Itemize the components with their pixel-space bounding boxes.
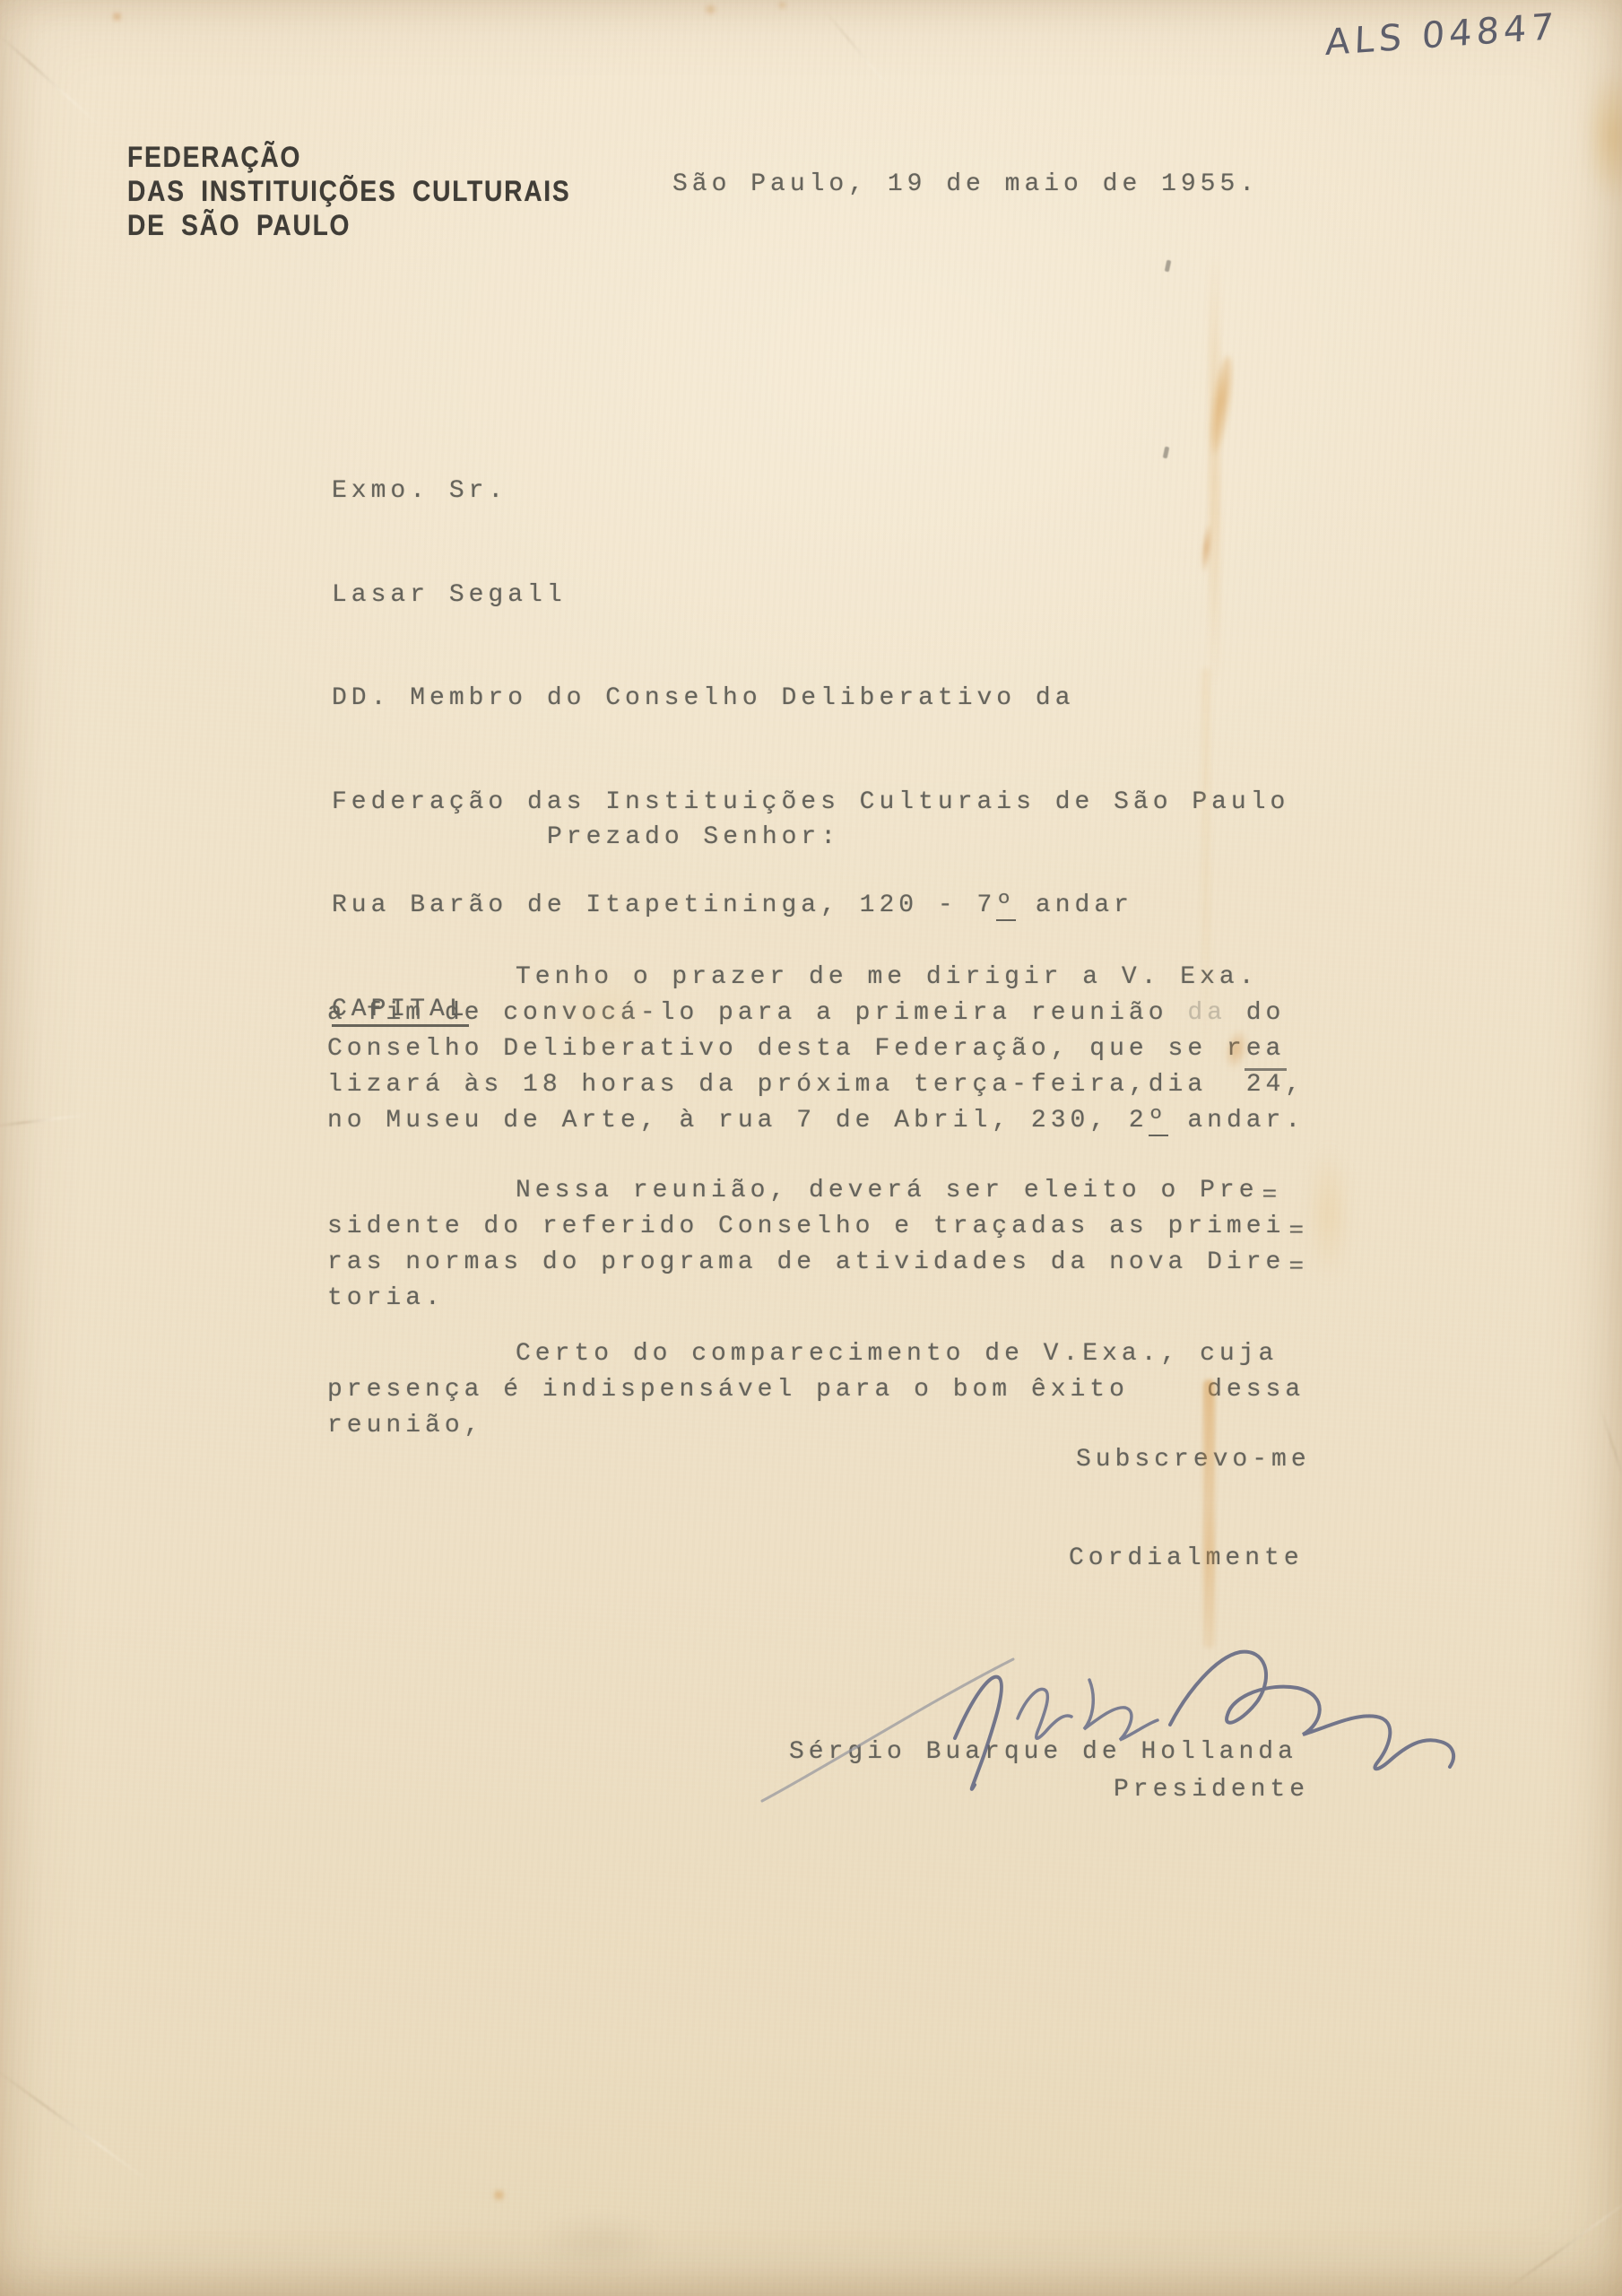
body-line: Nessa reunião, deverá ser eleito o Pre= xyxy=(327,1173,1304,1209)
letter-scan-page: ALS 04847 FEDERAÇÃO DAS INSTITUIÇÕES CUL… xyxy=(0,0,1622,2296)
stain-spot xyxy=(1307,1144,1350,1281)
hyphenation-mark: = xyxy=(1288,1251,1304,1283)
salutation: Prezado Senhor: xyxy=(547,823,840,851)
stain-dot xyxy=(111,11,123,22)
recipient-line: Rua Barão de Itapetininga, 120 - 7º anda… xyxy=(332,889,1289,924)
stain-dot xyxy=(776,0,788,10)
ink-speck xyxy=(1165,260,1172,273)
ordinal-indicator: º xyxy=(996,891,1016,921)
body-line: Certo do comparecimento de V.Exa., cuja xyxy=(327,1336,1305,1372)
body-line: no Museu de Arte, à rua 7 de Abril, 230,… xyxy=(327,1103,1305,1139)
handwritten-signature xyxy=(749,1631,1493,1810)
hyphenation-mark: = xyxy=(1288,1215,1304,1248)
body-line: Tenho o prazer de me dirigir a V. Exa. xyxy=(327,960,1305,996)
letterhead-line-1: FEDERAÇÃO xyxy=(127,140,570,174)
date-line: São Paulo, 19 de maio de 1955. xyxy=(672,170,1259,198)
stain-dot xyxy=(703,4,718,15)
paper-crease xyxy=(1598,1405,1622,1534)
paper-crease xyxy=(0,1113,90,1128)
hyphenation-mark: = xyxy=(1262,1179,1278,1212)
body-line: presença é indispensável para o bom êxit… xyxy=(327,1372,1305,1408)
letterhead: FEDERAÇÃO DAS INSTITUIÇÕES CULTURAIS DE … xyxy=(127,140,570,242)
closing-cordialmente: Cordialmente xyxy=(1069,1544,1304,1572)
letterhead-line-3: DE SÃO PAULO xyxy=(127,208,570,242)
corrected-day: 24 xyxy=(1246,1071,1286,1099)
body-line: reunião, xyxy=(327,1408,1305,1444)
body-line: toria. xyxy=(327,1281,1304,1317)
letterhead-line-2: DAS INSTITUIÇÕES CULTURAIS xyxy=(127,174,570,208)
body-line: sidente do referido Conselho e traçadas … xyxy=(327,1209,1304,1245)
body-line: ras normas do programa de atividades da … xyxy=(327,1245,1304,1281)
closing-subscrevo: Subscrevo-me xyxy=(1076,1446,1311,1474)
recipient-line: Lasar Segall xyxy=(332,578,1289,613)
paper-crease xyxy=(1501,2187,1622,2294)
ordinal-indicator: º xyxy=(1149,1107,1168,1136)
paper-crease xyxy=(0,2066,152,2185)
body-line: lizará às 18 horas da próxima terça-feir… xyxy=(327,1067,1305,1103)
stain-blot xyxy=(534,2212,664,2274)
recipient-line: Federação das Instituições Culturais de … xyxy=(332,786,1289,821)
recipient-line: Exmo. Sr. xyxy=(332,474,1289,509)
body-line: Conselho Deliberativo desta Federação, q… xyxy=(327,1031,1305,1067)
body-paragraph-2: Nessa reunião, deverá ser eleito o Pre= … xyxy=(327,1173,1304,1317)
archive-code-handwritten: ALS 04847 xyxy=(1325,6,1559,64)
paper-crease xyxy=(823,10,894,94)
erased-ghost-text: da xyxy=(1187,999,1227,1027)
body-paragraph-1: Tenho o prazer de me dirigir a V. Exa. a… xyxy=(327,960,1305,1139)
recipient-line: DD. Membro do Conselho Deliberativo da xyxy=(332,682,1289,717)
stain-corner xyxy=(1585,70,1622,204)
stain-dot xyxy=(491,2188,507,2202)
paper-crease xyxy=(0,34,100,126)
body-paragraph-3: Certo do comparecimento de V.Exa., cuja … xyxy=(327,1336,1305,1444)
body-line: a fim de convocá-lo para a primeira reun… xyxy=(327,996,1305,1031)
